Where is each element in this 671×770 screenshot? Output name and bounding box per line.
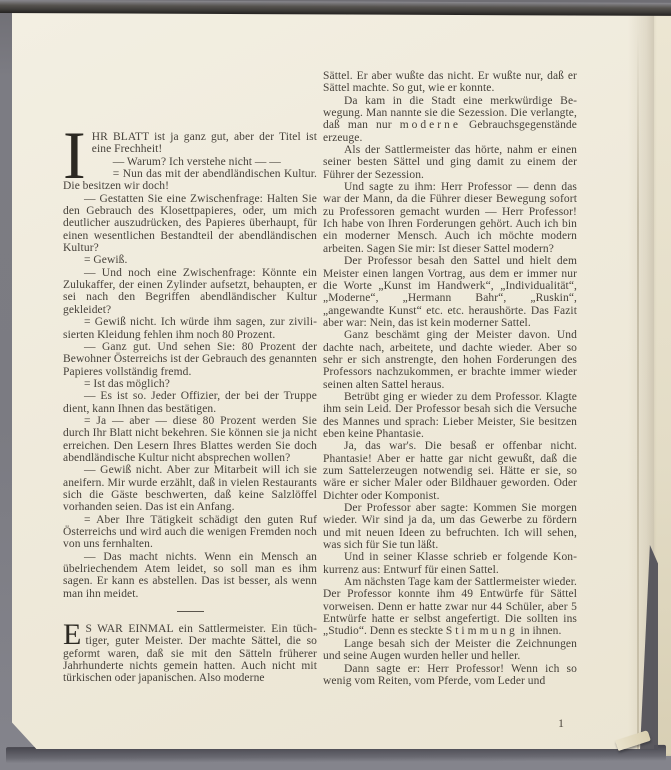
text-segment: Ja, das war's. Die besaß er offenbar nic… [323, 440, 577, 501]
text-segment: = Gewiß nicht. Ich würde ihm sagen, zur … [63, 316, 317, 340]
text-segment: = Aber Ihre Tätigkeit schädigt den guten… [63, 514, 317, 551]
drop-cap: I [63, 131, 86, 180]
text-segment: = Nun das mit der abendländischen Kultur… [63, 168, 317, 192]
text-segment: — Ganz gut. Und sehen Sie: 80 Prozent de… [63, 341, 317, 378]
paragraph: Als der Sattlermeister das hörte, nahm e… [323, 144, 577, 181]
text-column-left: IHR BLATT ist ja ganz gut, aber der Tite… [63, 131, 317, 685]
text-segment: — Und noch eine Zwischenfrage: Könnte ei… [63, 267, 317, 316]
section-separator [177, 611, 204, 612]
text-segment: Der Professor aber sagte: Kommen Sie mor… [323, 502, 577, 551]
paragraph: = Nun das mit der abendländischen Kultur… [63, 168, 317, 193]
text-segment: — Das macht nichts. Wenn ein Mensch an ü… [63, 551, 317, 600]
paragraph: Ja, das war's. Die besaß er offenbar nic… [323, 440, 577, 502]
text-segment: HR BLATT ist ja ganz gut, aber der Titel… [92, 131, 317, 155]
text-segment: Und sagte zu ihm: Herr Professor — denn … [323, 181, 577, 255]
paragraph: Sättel. Er aber wußte das nicht. Er wußt… [323, 70, 577, 95]
page-number: 1 [550, 718, 572, 730]
text-column-right: Sättel. Er aber wußte das nicht. Er wußt… [323, 70, 577, 687]
paragraph: Dann sagte er: Herr Professor! Wenn ich … [323, 663, 577, 688]
text-segment: Lange besah sich der Meister die Zeichnu… [323, 638, 577, 662]
paragraph: Am nächsten Tage kam der Sattlermeister … [323, 576, 577, 638]
text-segment: Betrübt ging er wieder zu dem Professor.… [323, 391, 577, 440]
text-segment: = Ja — aber — diese 80 Prozent werden Si… [63, 415, 317, 464]
text-segment: Stimmung [446, 625, 518, 637]
paragraph: — Ganz gut. Und sehen Sie: 80 Prozent de… [63, 341, 317, 378]
paragraph: Ganz beschämt ging der Meister davon. Un… [323, 329, 577, 391]
paragraph: — Warum? Ich verstehe nicht — — [63, 156, 317, 168]
text-segment: Sättel. Er aber wußte das nicht. Er wußt… [323, 70, 577, 94]
text-segment: — Gewiß nicht. Aber zur Mitarbeit will i… [63, 464, 317, 513]
drop-cap: E [63, 623, 81, 647]
paragraph: = Ja — aber — diese 80 Prozent werden Si… [63, 415, 317, 464]
text-segment: Der Professor besah den Sattel und hielt… [323, 255, 577, 329]
book-page: IHR BLATT ist ja ganz gut, aber der Tite… [12, 12, 654, 749]
paragraph: Lange besah sich der Meister die Zeichnu… [323, 638, 577, 663]
text-segment: = Gewiß. [84, 254, 128, 266]
paragraph: — Gestatten Sie eine Zwischenfrage: Halt… [63, 193, 317, 255]
paragraph: Und in seiner Klasse schrieb er folgende… [323, 551, 577, 576]
paragraph: Betrübt ging er wieder zu dem Professor.… [323, 391, 577, 440]
paragraph: — Das macht nichts. Wenn ein Mensch an ü… [63, 551, 317, 600]
text-segment: Ganz beschämt ging der Meister davon. Un… [323, 329, 577, 390]
book-scan: IHR BLATT ist ja ganz gut, aber der Tite… [0, 0, 671, 770]
paragraph: = Gewiß. [63, 254, 317, 266]
text-segment: S WAR EINMAL ein Sattlermeister. Ein tüc… [63, 623, 317, 684]
paragraph: = Gewiß nicht. Ich würde ihm sagen, zur … [63, 316, 317, 341]
text-segment: — Warum? Ich verstehe nicht — — [113, 156, 281, 168]
text-segment: = Ist das möglich? [84, 378, 170, 390]
text-segment: — Gestatten Sie eine Zwischenfrage: Halt… [63, 193, 317, 254]
paragraph: — Es ist so. Jeder Offizier, der bei der… [63, 390, 317, 415]
paragraph: = Aber Ihre Tätigkeit schädigt den guten… [63, 514, 317, 551]
text-segment: in ihnen. [518, 625, 562, 637]
text-segment: Als der Sattlermeister das hörte, nahm e… [323, 144, 577, 181]
text-segment: moderne [400, 119, 461, 131]
paragraph: Der Professor aber sagte: Kommen Sie mor… [323, 502, 577, 551]
paragraph: Der Professor besah den Sattel und hielt… [323, 255, 577, 329]
paragraph: — Gewiß nicht. Aber zur Mitarbeit will i… [63, 464, 317, 513]
text-segment: Dann sagte er: Herr Professor! Wenn ich … [323, 663, 577, 687]
paragraph: Und sagte zu ihm: Herr Professor — denn … [323, 181, 577, 255]
paragraph: ES WAR EINMAL ein Sattlermeister. Ein tü… [63, 623, 317, 685]
text-segment: Und in seiner Klasse schrieb er folgende… [323, 551, 577, 575]
paragraph: = Ist das möglich? [63, 378, 317, 390]
paragraph: IHR BLATT ist ja ganz gut, aber der Tite… [63, 131, 317, 156]
paragraph: Da kam in die Stadt eine merkwürdige Be­… [323, 95, 577, 144]
text-segment: — Es ist so. Jeder Offizier, der bei der… [63, 390, 317, 414]
paragraph: — Und noch eine Zwischenfrage: Könnte ei… [63, 267, 317, 316]
